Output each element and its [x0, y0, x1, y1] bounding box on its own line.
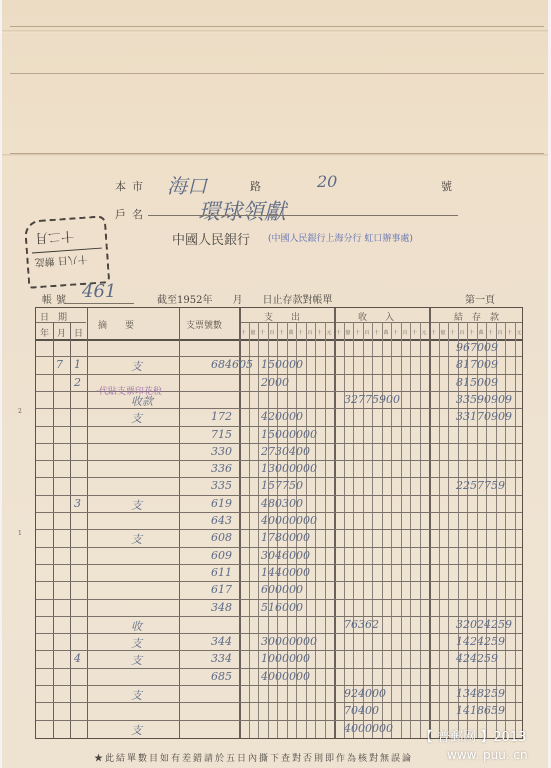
margin-mark: 1 [18, 530, 22, 537]
digit-unit-label: 十 [393, 329, 398, 336]
digit-unit-label: 萬 [479, 329, 484, 336]
row-summary: 支 [131, 410, 142, 426]
row-check-no: 335 [211, 479, 232, 492]
row-line [36, 443, 522, 444]
digit-unit-label: 億 [251, 329, 256, 336]
digit-unit-label: 十 [488, 329, 493, 336]
row-day: 3 [74, 497, 81, 510]
row-check-no: 715 [211, 428, 232, 441]
row-summary: 支 [131, 635, 142, 651]
row-debit: 15000000 [261, 428, 317, 441]
row-line [36, 529, 522, 530]
digit-unit-label: 億 [441, 329, 446, 336]
row-debit: 3046000 [261, 549, 310, 562]
digit-unit-label: 十 [298, 329, 303, 336]
row-debit: 30000000 [261, 635, 317, 648]
bank-statement-paper: 本市 海口 路 20 號 戶名 環球領獻 中國人民銀行 (中國人民銀行上海分行 … [2, 0, 548, 768]
header-bottom-line [36, 339, 522, 341]
row-check-no: 619 [211, 497, 232, 510]
digit-unit-label: 萬 [289, 329, 294, 336]
bank-branch-stamp: (中國人民銀行上海分行 虹口辦事處) [268, 231, 413, 244]
row-check-no: 336 [211, 462, 232, 475]
debit-header: 支 出 [264, 310, 300, 323]
row-debit: 516000 [261, 601, 303, 614]
digit-unit-label: 百 [270, 329, 275, 336]
row-balance: 33170909 [456, 410, 512, 423]
row-check-no: 643 [211, 514, 232, 527]
row-line [36, 426, 522, 427]
digit-unit-label: 百 [498, 329, 503, 336]
row-line [36, 668, 522, 669]
year-header: 年 [40, 326, 49, 339]
row-summary: 支 [131, 358, 142, 374]
row-check-no: 611 [211, 566, 232, 579]
row-check-no: 685 [211, 670, 232, 683]
stamp-day: 十八日 辦訖 [34, 253, 88, 272]
row-day: 1 [74, 358, 81, 371]
footer-note: ★此結單數目如有差錯請於五日內撕下查對否則即作為核對無誤論 [94, 751, 413, 764]
digit-unit-label: 元 [327, 329, 332, 336]
row-credit: 76362 [344, 618, 379, 631]
row-balance: 815009 [456, 376, 498, 389]
row-debit: 420000 [261, 410, 303, 423]
digit-unit-label: 十 [431, 329, 436, 336]
account-no-underline [64, 303, 134, 304]
row-credit: 70400 [344, 704, 379, 717]
row-credit: 924000 [344, 687, 386, 700]
row-debit: 480300 [261, 497, 303, 510]
digit-unit-label: 百 [308, 329, 313, 336]
house-number-handwritten: 20 [317, 172, 337, 191]
fold-shadow [2, 154, 548, 157]
row-summary: 支 [131, 722, 142, 738]
row-balance: 817009 [456, 358, 498, 371]
digit-unit-label: 百 [403, 329, 408, 336]
row-check-no: 684605 [211, 358, 253, 371]
page-label: 第一頁 [465, 291, 495, 306]
row-line [36, 477, 522, 478]
digit-unit-label: 十 [450, 329, 455, 336]
col-line [239, 308, 241, 738]
digit-unit-label: 十 [469, 329, 474, 336]
day-header: 日 [74, 326, 83, 339]
digit-unit-label: 十 [355, 329, 360, 336]
row-balance: 1348259 [456, 687, 505, 700]
col-line [87, 308, 88, 738]
row-line [36, 512, 522, 513]
col-line [429, 308, 431, 738]
stamp-duty-note: ·代貼支票印花稅 [96, 384, 162, 397]
digit-unit-label: 億 [346, 329, 351, 336]
row-balance: 424259 [456, 652, 498, 665]
road-label: 路 [250, 178, 261, 194]
digit-unit-label: 百 [460, 329, 465, 336]
stamp-month: 十二月 [34, 227, 74, 249]
fold-line [10, 26, 544, 27]
row-line [36, 564, 522, 565]
row-line [36, 408, 522, 409]
row-balance: 1418659 [456, 704, 505, 717]
row-debit: 1780000 [261, 531, 310, 544]
row-summary: 收 [131, 618, 142, 634]
row-balance: 33590909 [456, 393, 512, 406]
row-day: 2 [74, 376, 81, 389]
digit-unit-label: 百 [365, 329, 370, 336]
row-balance: 2257759 [456, 479, 505, 492]
row-line [36, 616, 522, 617]
row-check-no: 617 [211, 583, 232, 596]
digit-unit-label: 元 [517, 329, 522, 336]
row-summary: 支 [131, 497, 142, 513]
account-name-handwritten: 環球領獻 [198, 195, 286, 226]
col-line [334, 308, 336, 738]
row-balance: 32024259 [456, 618, 512, 631]
row-line [36, 650, 522, 651]
row-debit: 13000000 [261, 462, 317, 475]
row-check-no: 334 [211, 652, 232, 665]
row-check-no: 330 [211, 445, 232, 458]
col-line [179, 308, 180, 738]
date-header: 日 期 [40, 310, 67, 323]
row-debit: 150000 [261, 358, 303, 371]
summary-header: 摘 要 [98, 318, 134, 331]
bank-name: 中國人民銀行 [172, 229, 250, 248]
month-header: 月 [57, 326, 66, 339]
row-line [36, 460, 522, 461]
row-line [36, 356, 522, 357]
check-no-header: 支票號數 [186, 318, 222, 331]
row-day: 4 [74, 652, 81, 665]
fold-line [10, 73, 544, 74]
watermark-title: 【 普郵网 】2013 [420, 726, 526, 745]
digit-unit-label: 萬 [384, 329, 389, 336]
row-debit: 2730400 [261, 445, 310, 458]
digit-unit-label: 十 [412, 329, 417, 336]
row-summary: 支 [131, 687, 142, 703]
ledger-table: 日 期 年 月 日 摘 要 支票號數 支 出 收 入 結 存 款 十億十百十萬十… [35, 307, 523, 739]
account-no-handwritten: 461 [82, 281, 116, 302]
row-check-no: 344 [211, 635, 232, 648]
row-line [36, 702, 522, 703]
row-line [36, 374, 522, 375]
digit-unit-label: 十 [260, 329, 265, 336]
fold-shadow [2, 30, 548, 33]
watermark-url: www. puu. cn [447, 748, 528, 762]
date-received-stamp: 十二月 十八日 辦訖 [24, 215, 111, 289]
number-label: 號 [441, 178, 452, 194]
row-line [36, 581, 522, 582]
statement-title: 截至1952年 月 日止存款對帳單 [157, 291, 332, 306]
row-debit: 1000000 [261, 652, 310, 665]
row-debit: 157750 [261, 479, 303, 492]
row-debit: 600000 [261, 583, 303, 596]
row-check-no: 609 [211, 549, 232, 562]
row-check-no: 348 [211, 601, 232, 614]
name-underline [148, 215, 458, 216]
margin-mark: 2 [18, 408, 22, 415]
row-check-no: 172 [211, 410, 232, 423]
row-line [36, 720, 522, 721]
row-line [36, 495, 522, 496]
city-label: 本市 [115, 178, 149, 194]
row-balance: 967009 [456, 341, 498, 354]
row-line [36, 599, 522, 600]
digit-unit-label: 十 [336, 329, 341, 336]
row-month: 7 [56, 358, 63, 371]
digit-unit-label: 十 [317, 329, 322, 336]
digit-unit-label: 十 [507, 329, 512, 336]
digit-unit-label: 元 [422, 329, 427, 336]
account-name-label: 戶名 [115, 206, 149, 222]
row-credit: 32775900 [344, 393, 400, 406]
row-debit: 4000000 [261, 670, 310, 683]
row-debit: 40000000 [261, 514, 317, 527]
digit-unit-label: 十 [279, 329, 284, 336]
row-debit: 1440000 [261, 566, 310, 579]
row-line [36, 633, 522, 634]
digit-unit-label: 十 [374, 329, 379, 336]
row-summary: 支 [131, 531, 142, 547]
row-line [36, 547, 522, 548]
digit-unit-label: 十 [241, 329, 246, 336]
row-summary: 支 [131, 652, 142, 668]
row-balance: 1424259 [456, 635, 505, 648]
row-check-no: 608 [211, 531, 232, 544]
row-debit: 2000 [261, 376, 289, 389]
row-line [36, 685, 522, 686]
row-credit: 4000000 [344, 722, 393, 735]
